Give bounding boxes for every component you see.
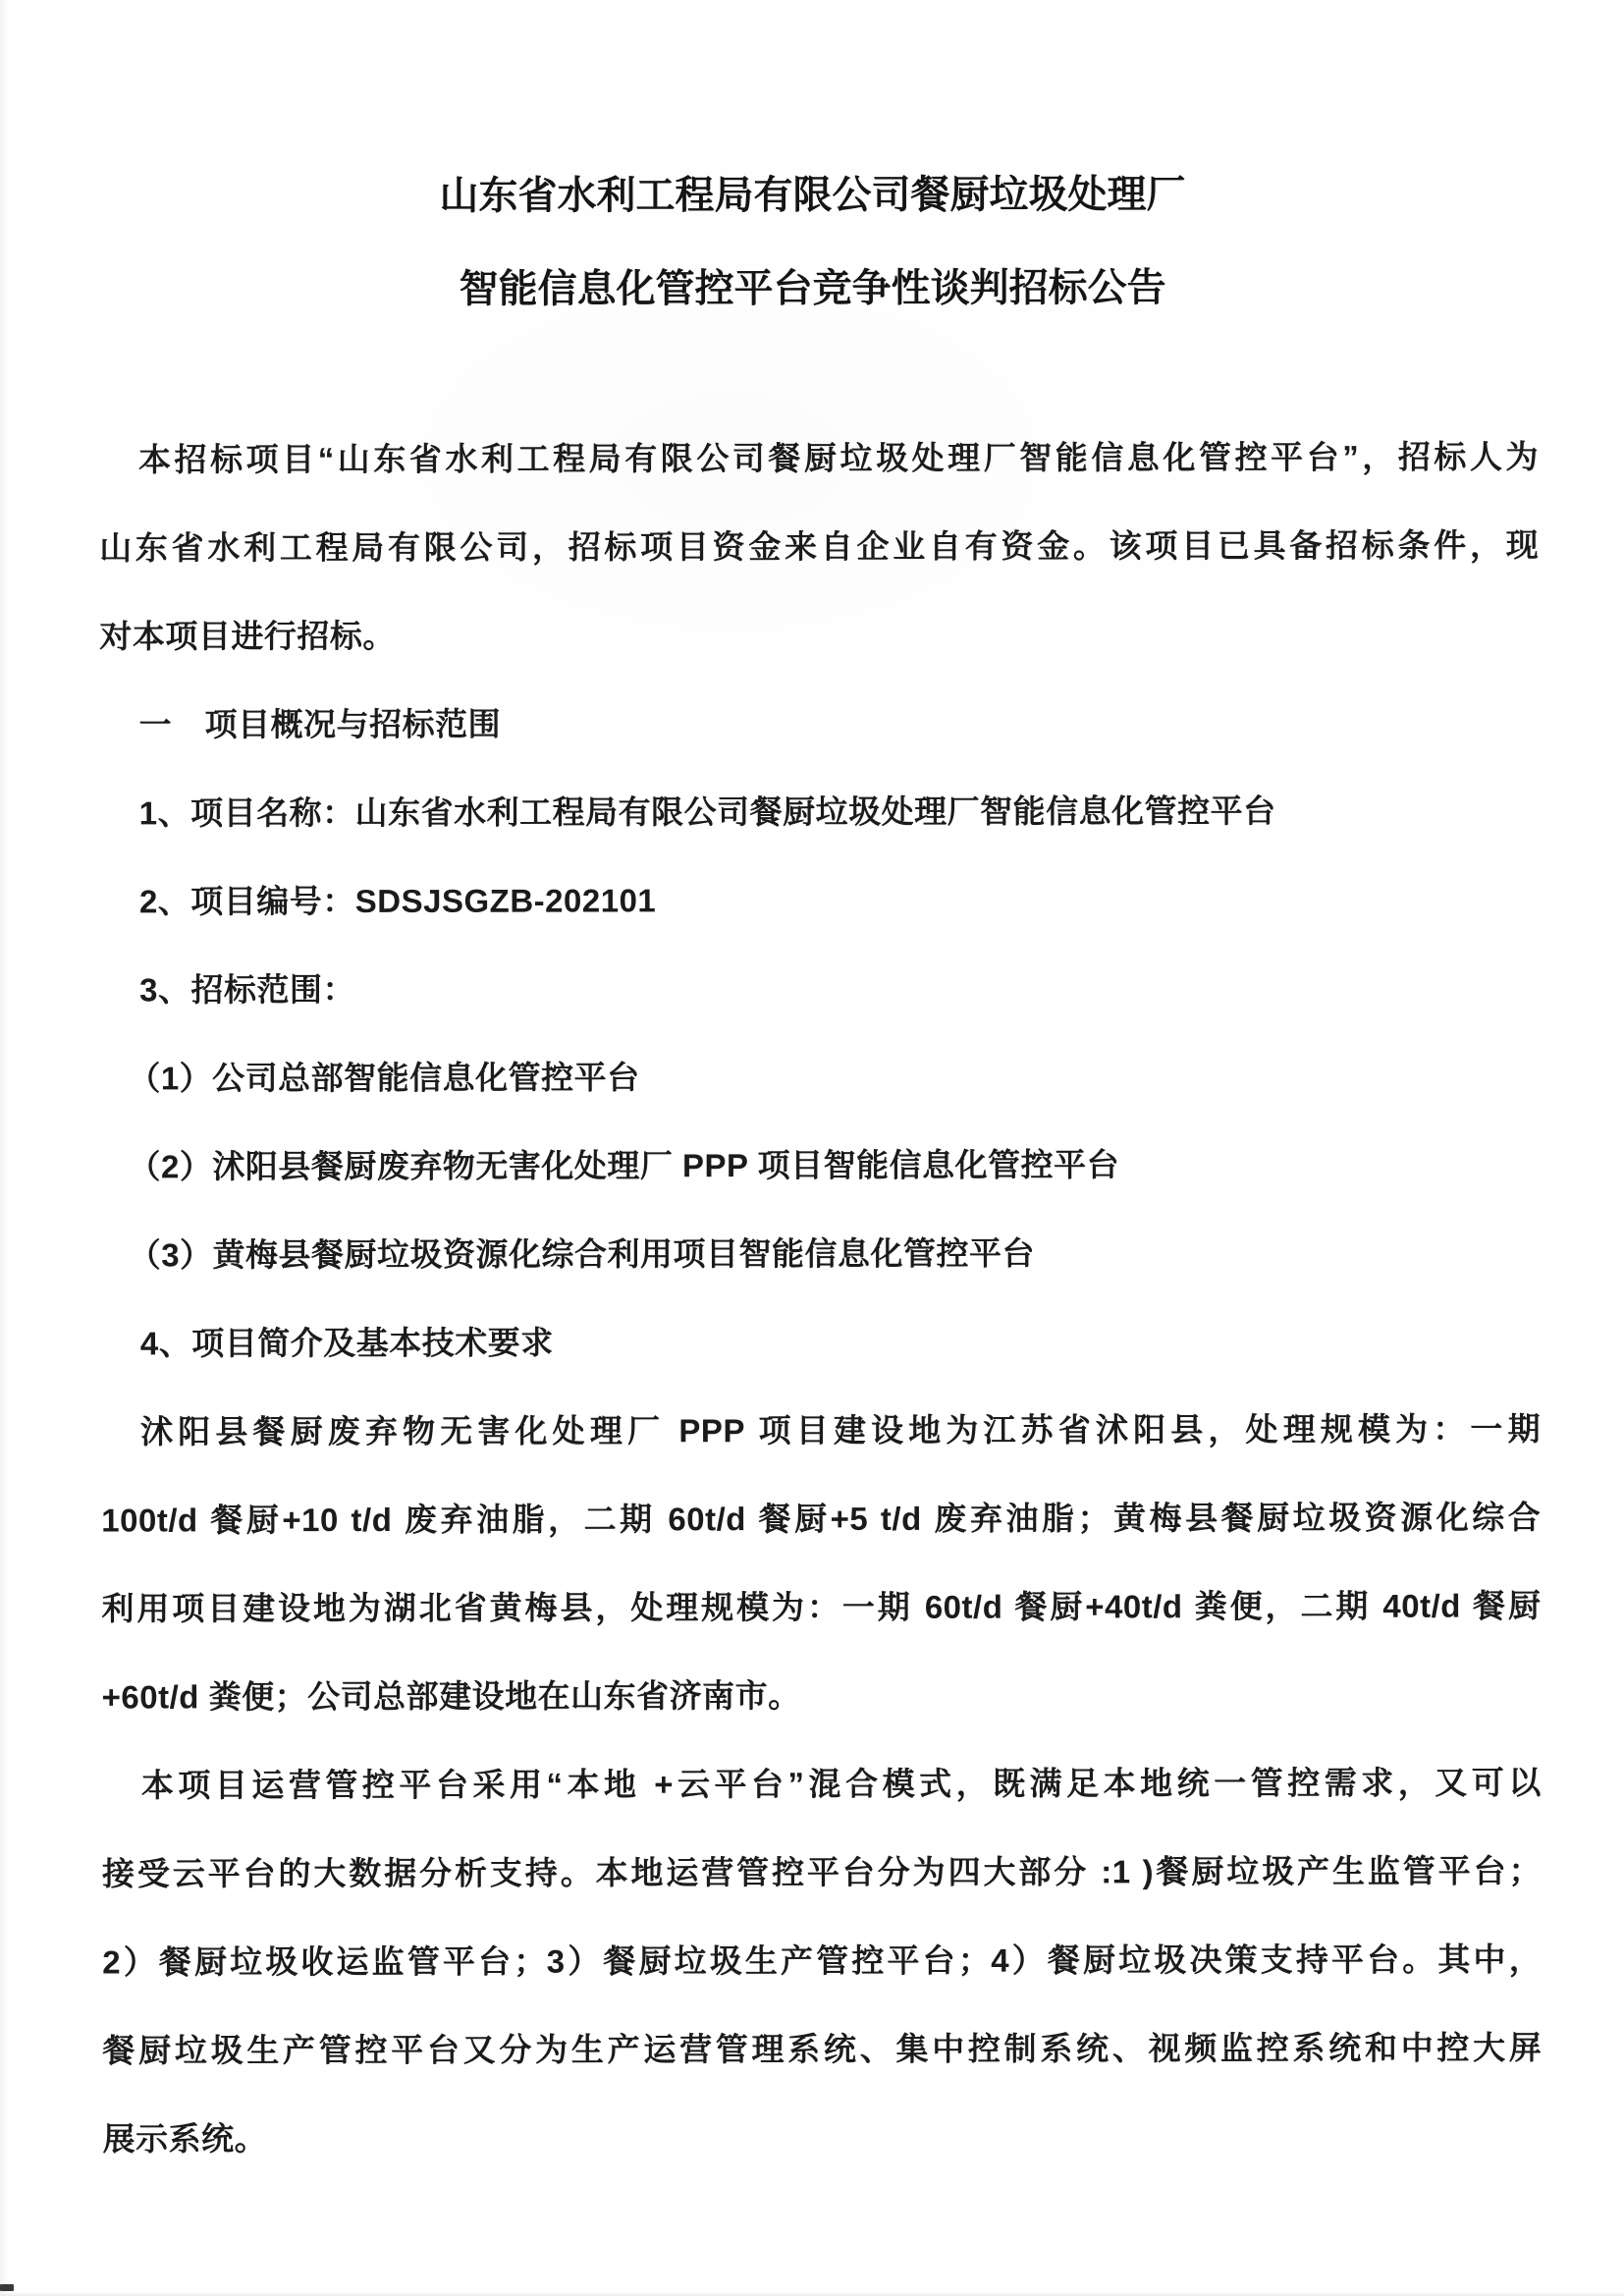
paragraph-scale-line-3: 利用项目建设地为湖北省黄梅县，处理规模为：一期 60t/d 餐厨+40t/d 粪… — [101, 1561, 1541, 1653]
paragraph-platform-line-1: 本项目运营管控平台采用“本地 +云平台”混合模式，既满足本地统一管控需求，又可以 — [102, 1738, 1542, 1830]
document-content: 山东省水利工程局有限公司餐厨垃圾处理厂 智能信息化管控平台竞争性谈判招标公告 本… — [0, 0, 1624, 2184]
paragraph-platform-line-5: 展示系统。 — [102, 2092, 1542, 2183]
title-line-2: 智能信息化管控平台竞争性谈判招标公告 — [1, 241, 1624, 337]
scanned-document-page: 山东省水利工程局有限公司餐厨垃圾处理厂 智能信息化管控平台竞争性谈判招标公告 本… — [0, 0, 1624, 2296]
paragraph-intro-line-2: 山东省水利工程局有限公司，招标项目资金来自企业自有资金。该项目已具备招标条件，现 — [99, 501, 1539, 592]
item-project-number: 2、项目编号：SDSJSGZB-202101 — [100, 854, 1540, 946]
paragraph-platform-line-2: 接受云平台的大数据分析支持。本地运营管控平台分为四大部分 :1 )餐厨垃圾产生监… — [102, 1827, 1542, 1918]
paragraph-platform-line-4: 餐厨垃圾生产管控平台又分为生产运营管理系统、集中控制系统、视频监控系统和中控大屏 — [102, 2003, 1542, 2095]
paragraph-scale-line-2: 100t/d 餐厨+10 t/d 废弃油脂，二期 60t/d 餐厨+5 t/d … — [101, 1473, 1541, 1564]
paragraph-platform-line-3: 2）餐厨垃圾收运监管平台；3）餐厨垃圾生产管控平台；4）餐厨垃圾决策支持平台。其… — [102, 1915, 1542, 2006]
item-project-brief: 4、项目简介及基本技术要求 — [101, 1296, 1541, 1388]
scope-item-1: （1）公司总部智能信息化管控平台 — [100, 1031, 1540, 1122]
paragraph-intro-line-3: 对本项目进行招标。 — [99, 589, 1539, 681]
paragraph-intro-line-1: 本招标项目“山东省水利工程局有限公司餐厨垃圾处理厂智能信息化管控平台”，招标人为 — [99, 412, 1539, 504]
item-bid-scope: 3、招标范围： — [100, 943, 1540, 1034]
scan-artifact-mark — [0, 2284, 14, 2291]
section-heading-1: 一 项目概况与招标范围 — [99, 678, 1539, 769]
scope-item-2: （2）沭阳县餐厨废弃物无害化处理厂 PPP 项目智能信息化管控平台 — [100, 1120, 1540, 1211]
item-project-name: 1、项目名称：山东省水利工程局有限公司餐厨垃圾处理厂智能信息化管控平台 — [100, 766, 1540, 857]
paragraph-scale-line-1: 沭阳县餐厨废弃物无害化处理厂 PPP 项目建设地为江苏省沭阳县，处理规模为：一期 — [101, 1385, 1541, 1476]
scope-item-3: （3）黄梅县餐厨垃圾资源化综合利用项目智能信息化管控平台 — [101, 1208, 1541, 1299]
title-line-1: 山东省水利工程局有限公司餐厨垃圾处理厂 — [0, 147, 1624, 244]
paragraph-scale-line-4: +60t/d 粪便；公司总部建设地在山东省济南市。 — [102, 1650, 1542, 1741]
document-body: 本招标项目“山东省水利工程局有限公司餐厨垃圾处理厂智能信息化管控平台”，招标人为… — [1, 412, 1624, 2183]
document-title: 山东省水利工程局有限公司餐厨垃圾处理厂 智能信息化管控平台竞争性谈判招标公告 — [0, 0, 1624, 338]
